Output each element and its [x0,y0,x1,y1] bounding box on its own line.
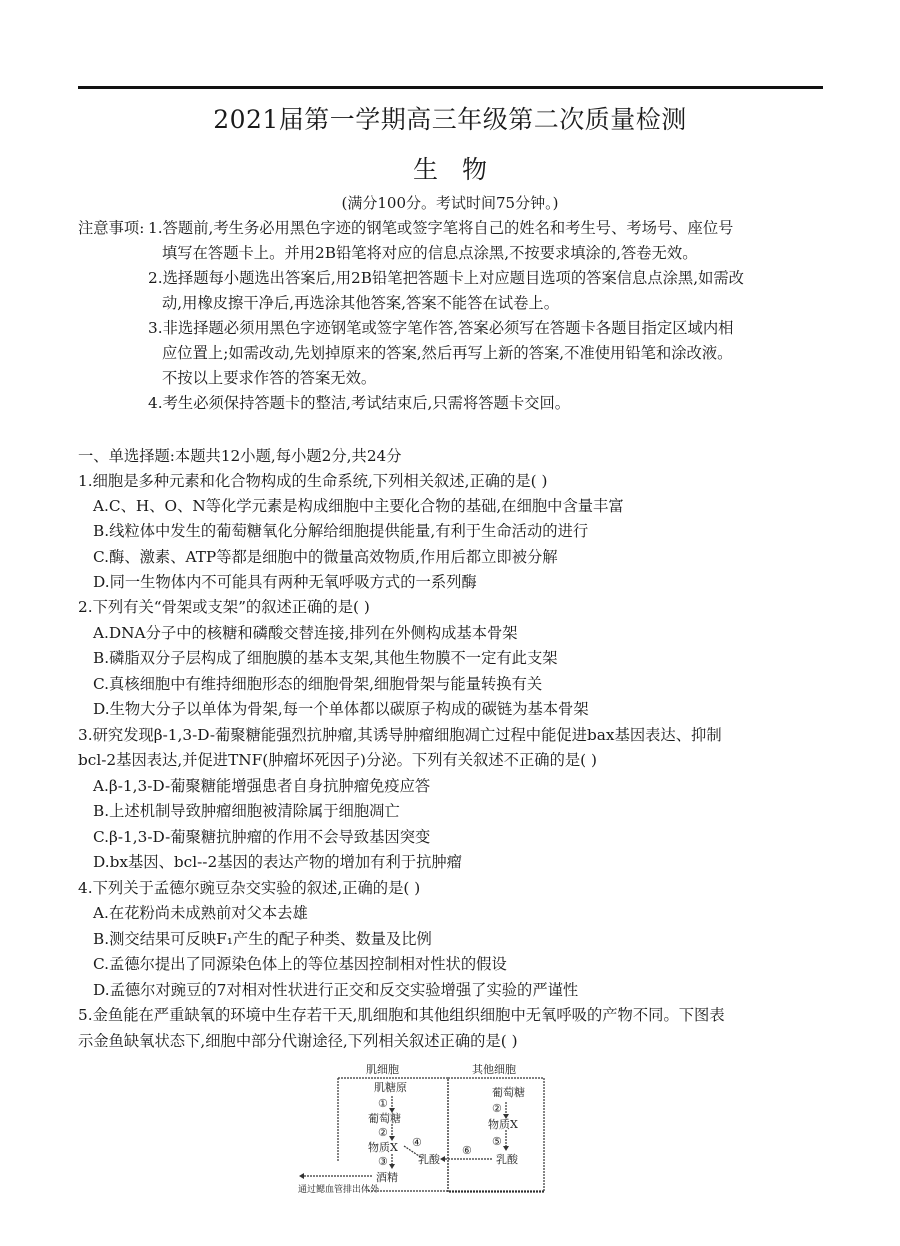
question-4-option-d: D.孟德尔对豌豆的7对相对性状进行正交和反交实验增强了实验的严谨性 [93,978,578,1003]
question-2-option-b: B.磷脂双分子层构成了细胞膜的基本支架,其他生物膜不一定有此支架 [93,646,558,671]
notice-item-1-line-2: 填写在答题卡上。并用2B铅笔将对应的信息点涂黑,不按要求填涂的,答卷无效。 [162,241,698,266]
notice-item-3-line-2: 应位置上;如需改动,先划掉原来的答案,然后再写上新的答案,不准使用铅笔和涂改液。 [162,341,732,366]
question-4-option-b: B.测交结果可反映F₁产生的配子种类、数量及比例 [93,927,432,952]
notice-item-3-line-3: 不按以上要求作答的答案无效。 [162,366,376,391]
notice-item-4-line-1: 4.考生必须保持答题卡的整洁,考试结束后,只需将答题卡交回。 [148,391,570,416]
notice-item-3-line-1: 3.非选择题必须用黑色字迹钢笔或签字笔作答,答案必须写在答题卡各题目指定区域内相 [148,316,733,341]
top-rule [78,86,823,89]
node-lactate-right: 乳酸 [496,1152,519,1166]
node-lactate-left: 乳酸 [418,1152,441,1166]
step-5: ⑤ [492,1135,502,1148]
node-substance-x-left: 物质X [368,1140,398,1154]
left-box-title: 肌细胞 [366,1063,399,1076]
question-1-option-a: A.C、H、O、N等化学元素是构成细胞中主要化合物的基础,在细胞中含量丰富 [93,494,624,519]
metabolism-diagram: 肌细胞 其他细胞 肌糖原 ① 葡萄糖 ② 物质X ③ 酒精 ④ 乳酸 葡萄糖 ②… [296,1062,548,1207]
question-4-option-a: A.在花粉尚未成熟前对父本去雄 [93,901,308,926]
node-glucose-left: 葡萄糖 [368,1111,401,1125]
node-muscle-glycogen: 肌糖原 [374,1080,407,1094]
step-3: ③ [378,1155,388,1168]
step-6: ⑥ [462,1144,472,1157]
question-1-option-c: C.酶、激素、ATP等都是细胞中的微量高效物质,作用后都立即被分解 [93,545,558,570]
exit-label: 通过鳃血管排出体外 [298,1183,380,1195]
question-1-option-d: D.同一生物体内不可能具有两种无氧呼吸方式的一系列酶 [93,570,477,595]
node-alcohol: 酒精 [376,1170,398,1184]
exam-subject: 生物 [0,150,900,186]
step-2-left: ② [378,1126,388,1139]
question-3-option-d: D.bx基因、bcl--2基因的表达产物的增加有利于抗肿瘤 [93,850,462,875]
question-3-stem-line-1: 3.研究发现β-1,3-D-葡聚糖能强烈抗肿瘤,其诱导肿瘤细胞凋亡过程中能促进b… [78,723,722,748]
step-1: ① [378,1097,388,1110]
question-3-option-c: C.β-1,3-D-葡聚糖抗肿瘤的作用不会导致基因突变 [93,825,430,850]
question-1-option-b: B.线粒体中发生的葡萄糖氧化分解给细胞提供能量,有利于生命活动的进行 [93,519,588,544]
node-substance-x-right: 物质X [488,1117,518,1131]
question-5-stem-line-1: 5.金鱼能在严重缺氧的环境中生存若干天,肌细胞和其他组织细胞中无氧呼吸的产物不同… [78,1003,725,1028]
question-3-stem-line-2: bcl-2基因表达,并促进TNF(肿瘤坏死因子)分泌。下列有关叙述不正确的是( … [78,748,597,773]
question-5-stem-line-2: 示金鱼缺氧状态下,细胞中部分代谢途径,下列相关叙述正确的是( ) [78,1029,518,1054]
question-1-stem: 1.细胞是多种元素和化合物构成的生命系统,下列相关叙述,正确的是( ) [78,469,547,494]
notice-item-2-line-1: 2.选择题每小题选出答案后,用2B铅笔把答题卡上对应题目选项的答案信息点涂黑,如… [148,266,744,291]
question-2-option-d: D.生物大分子以单体为骨架,每一个单体都以碳原子构成的碳链为基本骨架 [93,697,589,722]
exam-meta: (满分100分。考试时间75分钟。) [0,192,900,213]
question-4-option-c: C.孟德尔提出了同源染色体上的等位基因控制相对性状的假设 [93,952,507,977]
notice-item-1-line-1: 1.答题前,考生务必用黑色字迹的钢笔或签字笔将自己的姓名和考生号、考场号、座位号 [148,216,733,241]
step-4: ④ [412,1136,422,1149]
question-3-option-a: A.β-1,3-D-葡聚糖能增强患者自身抗肿瘤免疫应答 [93,774,430,799]
exam-title: 2021届第一学期高三年级第二次质量检测 [0,100,900,136]
step-2-right: ② [492,1102,502,1115]
question-2-option-c: C.真核细胞中有维持细胞形态的细胞骨架,细胞骨架与能量转换有关 [93,672,542,697]
question-4-stem: 4.下列关于孟德尔豌豆杂交实验的叙述,正确的是( ) [78,876,420,901]
question-2-stem: 2.下列有关“骨架或支架”的叙述正确的是( ) [78,595,370,620]
question-2-option-a: A.DNA分子中的核糖和磷酸交替连接,排列在外侧构成基本骨架 [93,621,518,646]
question-3-option-b: B.上述机制导致肿瘤细胞被清除属于细胞凋亡 [93,799,400,824]
notice-item-2-line-2: 动,用橡皮擦干净后,再选涂其他答案,答案不能答在试卷上。 [162,291,559,316]
right-box-title: 其他细胞 [472,1062,516,1076]
notice-label: 注意事项: [78,216,144,241]
section-heading: 一、单选择题:本题共12小题,每小题2分,共24分 [78,444,402,469]
node-glucose-right: 葡萄糖 [492,1085,525,1099]
